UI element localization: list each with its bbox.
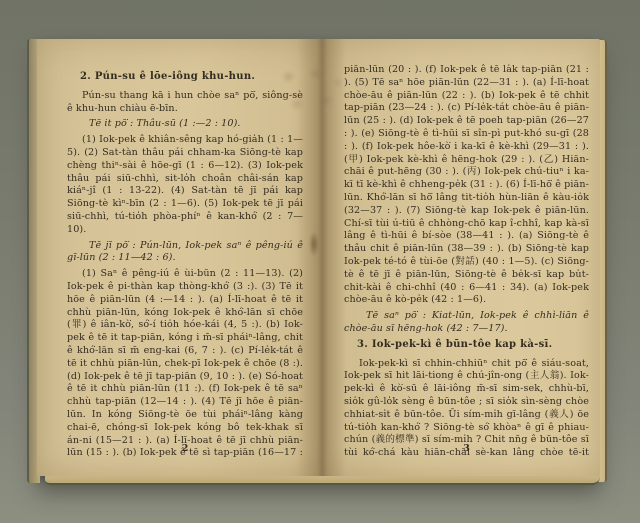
part-label-3: Tē saⁿ pō͘ : Kiat-lūn, Iok-pek ê chhì-li… xyxy=(344,310,589,336)
paragraph: Pún-su thang kā i hun chòe saⁿ pō͘, siôn… xyxy=(67,90,303,116)
open-book: 2. Pún-su ê lōe-iông khu-hun.Pún-su than… xyxy=(37,39,600,476)
part-label-2: Tē jī pō͘ : Pún-lūn, Iok-pek saⁿ ê pêng-… xyxy=(67,240,303,266)
section-heading-2: 2. Pún-su ê lōe-iông khu-hun. xyxy=(67,71,303,84)
paragraph-continued: piān-lūn (20 : ). (f) Iok-pek ê tē la̍k … xyxy=(344,64,589,307)
part-label-1: Tē it pō͘ : Thâu-sū (1 :—2 : 10). xyxy=(67,118,303,131)
page-number-right: 3 xyxy=(344,443,589,454)
section-heading-3: 3. Iok-pek-kì ê būn-tôe kap kà-sī. xyxy=(344,339,589,352)
paragraph: (1) Saⁿ ê pêng-iú ê ùi-būn (2 : 11—13). … xyxy=(67,268,303,459)
page-number-left: 2 xyxy=(67,443,303,454)
paragraph: (1) Iok-pek ê khiân-sêng kap hó-gia̍h (1… xyxy=(67,134,303,236)
right-page-text: piān-lūn (20 : ). (f) Iok-pek ê tē la̍k … xyxy=(344,64,589,458)
gutter-smudge xyxy=(309,231,319,257)
left-page-text: 2. Pún-su ê lōe-iông khu-hun.Pún-su than… xyxy=(67,69,303,459)
